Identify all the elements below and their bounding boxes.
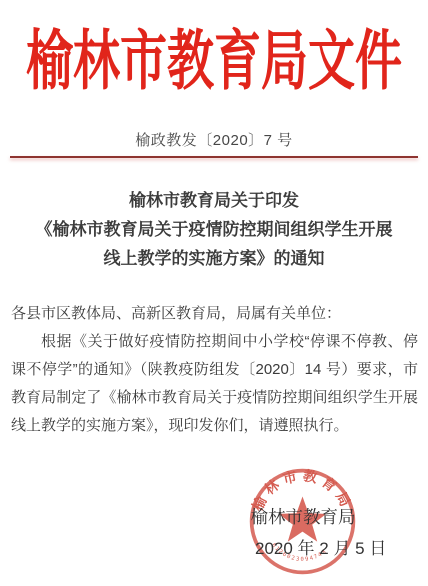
body-line-3: 教育局制定了《榆林市教育局关于疫情防控期间组织学生开展 (11, 384, 418, 412)
notice-title-line-2: 《榆林市教育局关于疫情防控期间组织学生开展 (0, 215, 428, 244)
signature-organization: 榆林市教育局 (247, 504, 359, 529)
body-line-2: 课不停学”的通知》（陕教疫防组发〔2020〕14 号）要求，市 (11, 356, 418, 384)
official-document-page: 榆林市教育局文件 榆政教发〔2020〕7 号 榆林市教育局关于印发 《榆林市教育… (0, 0, 428, 586)
red-divider-line (10, 156, 418, 158)
body-line-1: 根据《关于做好疫情防控期间中小学校“停课不停教、停 (11, 328, 418, 356)
notice-title-line-3: 线上教学的实施方案》的通知 (0, 244, 428, 273)
document-body: 各县市区教体局、高新区教育局，局属有关单位： 根据《关于做好疫情防控期间中小学校… (11, 300, 418, 440)
body-line-4: 线上教学的实施方案》，现印发你们，请遵照执行。 (11, 412, 418, 440)
salutation-line: 各县市区教体局、高新区教育局，局属有关单位： (11, 300, 418, 328)
notice-title: 榆林市教育局关于印发 《榆林市教育局关于疫情防控期间组织学生开展 线上教学的实施… (0, 186, 428, 273)
document-masthead-title: 榆林市教育局文件 (0, 10, 428, 102)
doc-reference-number: 榆政教发〔2020〕7 号 (0, 129, 428, 150)
signature-date: 2020 年 2 月 5 日 (255, 534, 380, 559)
notice-title-line-1: 榆林市教育局关于印发 (0, 186, 428, 215)
